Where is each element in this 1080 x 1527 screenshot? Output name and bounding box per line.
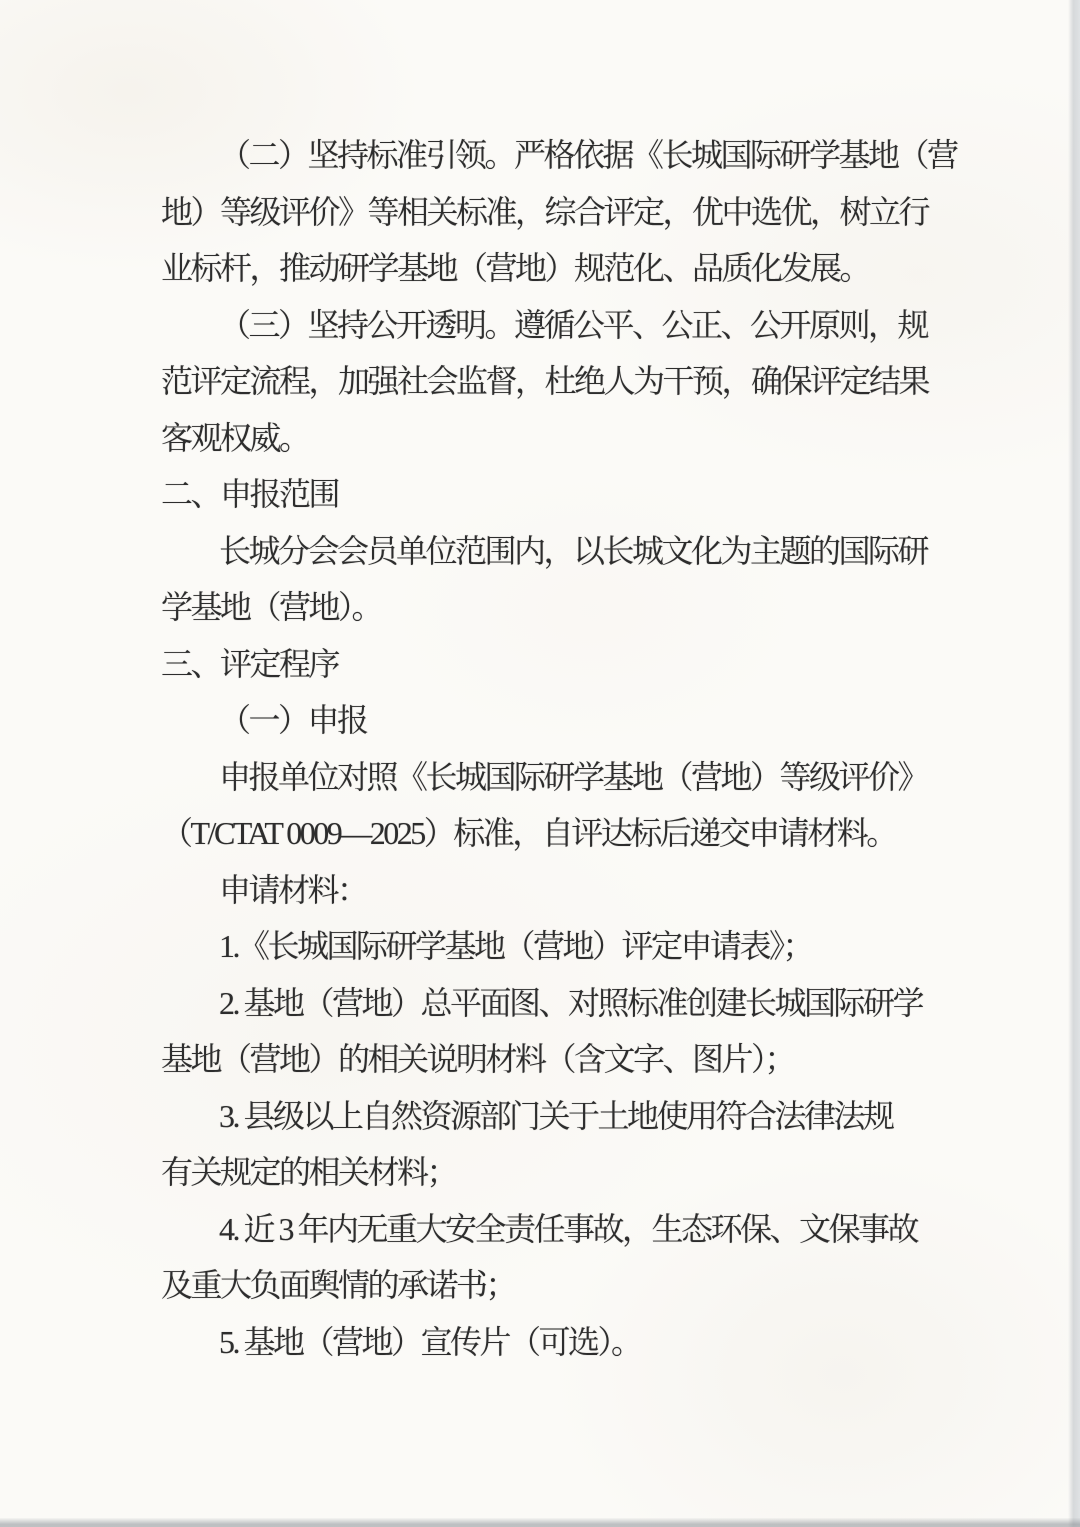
list-item-continuation: 及重大负面舆情的承诺书； bbox=[161, 1257, 971, 1314]
text-line: 长城分会会员单位范围内，以长城文化为主题的国际研 bbox=[161, 523, 971, 580]
list-item-continuation: 有关规定的相关材料； bbox=[161, 1144, 971, 1201]
text-line: 学基地（营地）。 bbox=[161, 579, 971, 636]
document-body: （二）坚持标准引领。严格依据《长城国际研学基地（营 地）等级评价》等相关标准，综… bbox=[161, 127, 971, 1370]
list-item: 2. 基地（营地）总平面图、对照标准创建长城国际研学 bbox=[161, 975, 971, 1032]
text-line: （二）坚持标准引领。严格依据《长城国际研学基地（营 bbox=[161, 127, 971, 184]
page-edge-bottom-shadow bbox=[0, 1518, 1080, 1527]
text-line: （T/CTAT 0009—2025）标准，自评达标后递交申请材料。 bbox=[161, 805, 971, 862]
text-line: 业标杆，推动研学基地（营地）规范化、品质化发展。 bbox=[161, 240, 971, 297]
text-line: 申报单位对照《长城国际研学基地（营地）等级评价》 bbox=[161, 749, 971, 806]
text-line: 地）等级评价》等相关标准，综合评定，优中选优，树立行 bbox=[161, 184, 971, 241]
list-item-continuation: 基地（营地）的相关说明材料（含文字、图片）； bbox=[161, 1031, 971, 1088]
document-page: （二）坚持标准引领。严格依据《长城国际研学基地（营 地）等级评价》等相关标准，综… bbox=[0, 0, 1080, 1527]
text-line: （三）坚持公开透明。遵循公平、公正、公开原则，规 bbox=[161, 297, 971, 354]
list-item: 3. 县级以上自然资源部门关于土地使用符合法律法规 bbox=[161, 1088, 971, 1145]
page-edge-right-shadow bbox=[1068, 0, 1080, 1527]
list-item: 5. 基地（营地）宣传片（可选）。 bbox=[161, 1314, 971, 1371]
text-line: 客观权威。 bbox=[161, 410, 971, 467]
section-heading: 三、评定程序 bbox=[161, 636, 971, 693]
section-heading: 二、申报范围 bbox=[161, 466, 971, 523]
list-item: 4. 近 3 年内无重大安全责任事故，生态环保、文保事故 bbox=[161, 1201, 971, 1258]
text-line: 申请材料： bbox=[161, 862, 971, 919]
text-line: 范评定流程，加强社会监督，杜绝人为干预，确保评定结果 bbox=[161, 353, 971, 410]
sub-heading: （一）申报 bbox=[161, 692, 971, 749]
list-item: 1.《长城国际研学基地（营地）评定申请表》； bbox=[161, 918, 971, 975]
